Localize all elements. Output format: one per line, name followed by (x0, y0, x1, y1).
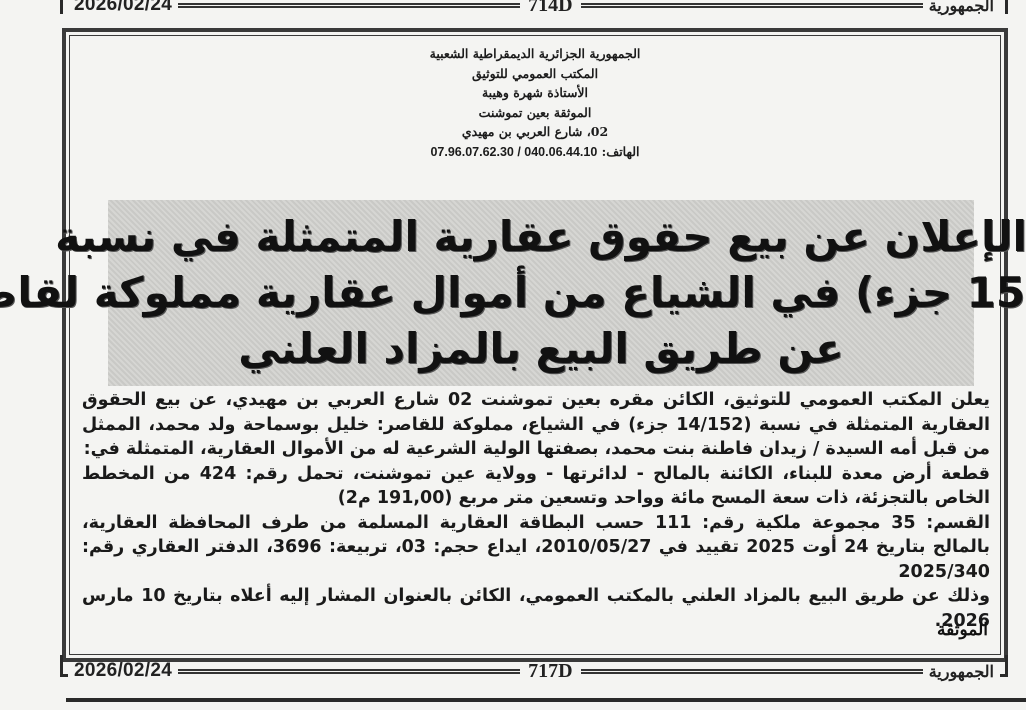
notary-signature: الموثقة (937, 620, 988, 640)
footer-rule-left (178, 669, 520, 674)
issuer-office: المكتب العمومي للتوثيق (70, 64, 1000, 84)
legal-notice-inner-frame: الجمهورية الجزائرية الديمقراطية الشعبية … (69, 35, 1001, 655)
frame-corner-left (60, 0, 68, 14)
phone-numbers: 07.96.07.62.30 / 040.06.44.10 (430, 145, 597, 159)
body-paragraph-announcement: يعلن المكتب العمومي للتوثيق، الكائن مقره… (82, 388, 990, 462)
issuer-country: الجمهورية الجزائرية الديمقراطية الشعبية (70, 44, 1000, 64)
legal-notice-frame: الجمهورية الجزائرية الديمقراطية الشعبية … (62, 28, 1008, 662)
headline-line-3: عن طريق البيع بالمزاد العلني (238, 321, 844, 377)
bottom-divider-rule (66, 698, 1026, 702)
footer-page-number: 717D (520, 660, 580, 683)
header-strip: 2026/02/24 714D الجمهورية (60, 0, 1008, 16)
issuer-location: الموثقة بعين تموشنت (70, 103, 1000, 123)
issuer-address: 02، شارع العربي بن مهيدي (70, 122, 1000, 142)
header-masthead: الجمهورية (923, 0, 1000, 15)
issuer-phone: الهاتف: 07.96.07.62.30 / 040.06.44.10 (70, 142, 1000, 163)
footer-date: 2026/02/24 (68, 660, 178, 682)
body-paragraph-property: قطعة أرض معدة للبناء، الكائنة بالمالح - … (82, 462, 990, 511)
footer-rule-right (581, 669, 923, 674)
frame-corner-right (1000, 0, 1008, 14)
newspaper-page: 2026/02/24 714D الجمهورية الجمهورية الجز… (0, 0, 1026, 710)
footer-masthead: الجمهورية (923, 662, 1000, 681)
frame-corner-left (60, 655, 68, 677)
notice-body: يعلن المكتب العمومي للتوثيق، الكائن مقره… (82, 388, 990, 633)
header-date: 2026/02/24 (68, 0, 178, 16)
frame-corner-right (1000, 655, 1008, 677)
header-page-number: 714D (520, 0, 580, 17)
headline-line-2: (152/14 جزء) في الشياع من أموال عقارية م… (0, 265, 1026, 321)
headline-line-1: الإعلان عن بيع حقوق عقارية المتمثلة في ن… (55, 209, 1026, 265)
footer-strip: 2026/02/24 717D الجمهورية (60, 660, 1008, 682)
phone-label: الهاتف: (602, 144, 640, 159)
body-paragraph-registry: القسم: 35 مجموعة ملكية رقم: 111 حسب البط… (82, 511, 990, 585)
notice-headline: الإعلان عن بيع حقوق عقارية المتمثلة في ن… (108, 200, 974, 386)
header-rule-right (581, 3, 923, 8)
issuer-block: الجمهورية الجزائرية الديمقراطية الشعبية … (70, 44, 1000, 162)
body-paragraph-auction: وذلك عن طريق البيع بالمزاد العلني بالمكت… (82, 584, 990, 633)
issuer-notary-name: الأستاذة شهرة وهيبة (70, 83, 1000, 103)
header-rule-left (178, 3, 520, 8)
